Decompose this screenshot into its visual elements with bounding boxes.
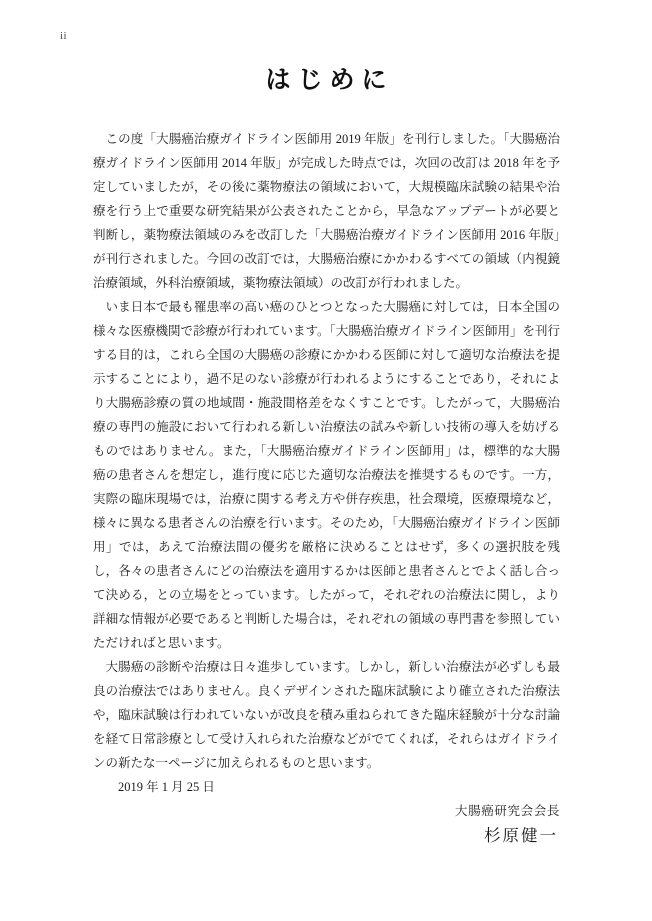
paragraph-3: 大腸癌の診断や治療は日々進歩しています。しかし，新しい治療法が必ずしも最良の治療… — [93, 655, 560, 775]
signature-name: 杉原健一 — [93, 823, 558, 849]
page-title: はじめに — [0, 0, 652, 96]
paragraph-1: この度「大腸癌治療ガイドライン医師用 2019 年版」を刊行しました。「大腸癌治… — [93, 127, 560, 295]
date-line: 2019 年 1 月 25 日 — [93, 775, 560, 799]
paragraph-2: いま日本で最も罹患率の高い癌のひとつとなった大腸癌に対しては，日本全国の様々な医… — [93, 295, 560, 655]
signature-block: 大腸癌研究会会長 杉原健一 — [93, 799, 560, 849]
signature-role: 大腸癌研究会会長 — [93, 799, 560, 823]
document-page: ii はじめに この度「大腸癌治療ガイドライン医師用 2019 年版」を刊行しま… — [0, 0, 652, 921]
page-number: ii — [60, 30, 67, 42]
document-body: この度「大腸癌治療ガイドライン医師用 2019 年版」を刊行しました。「大腸癌治… — [93, 127, 560, 849]
